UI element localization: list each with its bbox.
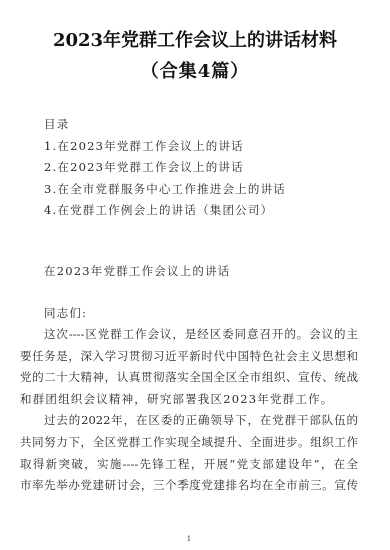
paragraph-line: 党的二十大精神，认真贯彻落实全国全区全市组织、宣传、统战	[20, 367, 358, 389]
body-text: 这次----区党群工作会议，是经区委同意召开的。会议的主 要任务是，深入学习贯彻…	[20, 324, 358, 497]
document-subtitle: （合集4篇）	[0, 61, 390, 83]
paragraph-line: 要任务是，深入学习贯彻习近平新时代中国特色社会主义思想和	[20, 346, 358, 368]
toc-heading: 目录	[44, 114, 364, 136]
paragraph-line: 这次----区党群工作会议，是经区委同意召开的。会议的主	[20, 324, 358, 346]
page-number: 1	[0, 534, 378, 544]
paragraph-line: 取得新突破，实施----先锋工程，开展“党支部建设年”，在全	[20, 454, 358, 476]
document-page: 2023年党群工作会议上的讲话材料 （合集4篇） 目录 1.在2023年党群工作…	[0, 0, 390, 550]
paragraph-line: 共同努力下，全区党群工作实现全域提升、全面进步。组织工作	[20, 432, 358, 454]
paragraph-line: 市率先举办党建研讨会，三个季度党建排名均在全市前三。宣传	[20, 475, 358, 497]
document-title: 2023年党群工作会议上的讲话材料	[0, 30, 390, 52]
toc-item[interactable]: 4.在党群工作例会上的讲话（集团公司）	[44, 200, 364, 222]
paragraph: 过去的2022年，在区委的正确领导下，在党群干部队伍的 共同努力下，全区党群工作…	[20, 410, 358, 496]
toc-item[interactable]: 1.在2023年党群工作会议上的讲话	[44, 136, 364, 158]
table-of-contents: 目录 1.在2023年党群工作会议上的讲话 2.在2023年党群工作会议上的讲话…	[44, 114, 364, 222]
paragraph-line: 过去的2022年，在区委的正确领导下，在党群干部队伍的	[20, 410, 358, 432]
toc-item[interactable]: 3.在全市党群服务中心工作推进会上的讲话	[44, 179, 364, 201]
section-heading: 在2023年党群工作会议上的讲话	[44, 261, 230, 281]
paragraph: 这次----区党群工作会议，是经区委同意召开的。会议的主 要任务是，深入学习贯彻…	[20, 324, 358, 410]
paragraph-line: 和群团组织会议精神，研究部署我区2023年党群工作。	[20, 389, 358, 411]
salutation: 同志们:	[44, 303, 87, 323]
toc-item[interactable]: 2.在2023年党群工作会议上的讲话	[44, 157, 364, 179]
